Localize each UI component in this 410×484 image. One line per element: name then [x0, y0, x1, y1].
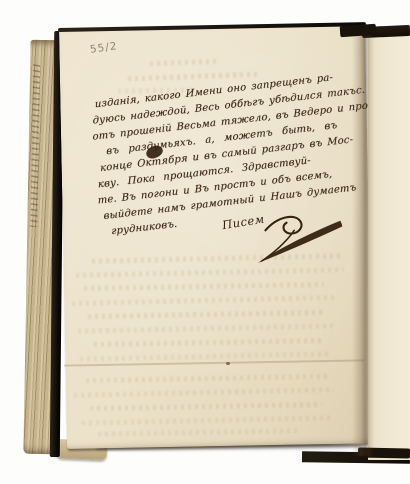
edge-handwriting-marks — [30, 62, 40, 227]
signature-flourish-icon — [252, 205, 348, 273]
paper-speck — [226, 362, 230, 365]
facing-right-page — [368, 28, 410, 460]
gutter-shadow — [352, 28, 374, 456]
photograph: 55/2 изданія, какого Имени оно запрещенъ… — [0, 0, 410, 484]
